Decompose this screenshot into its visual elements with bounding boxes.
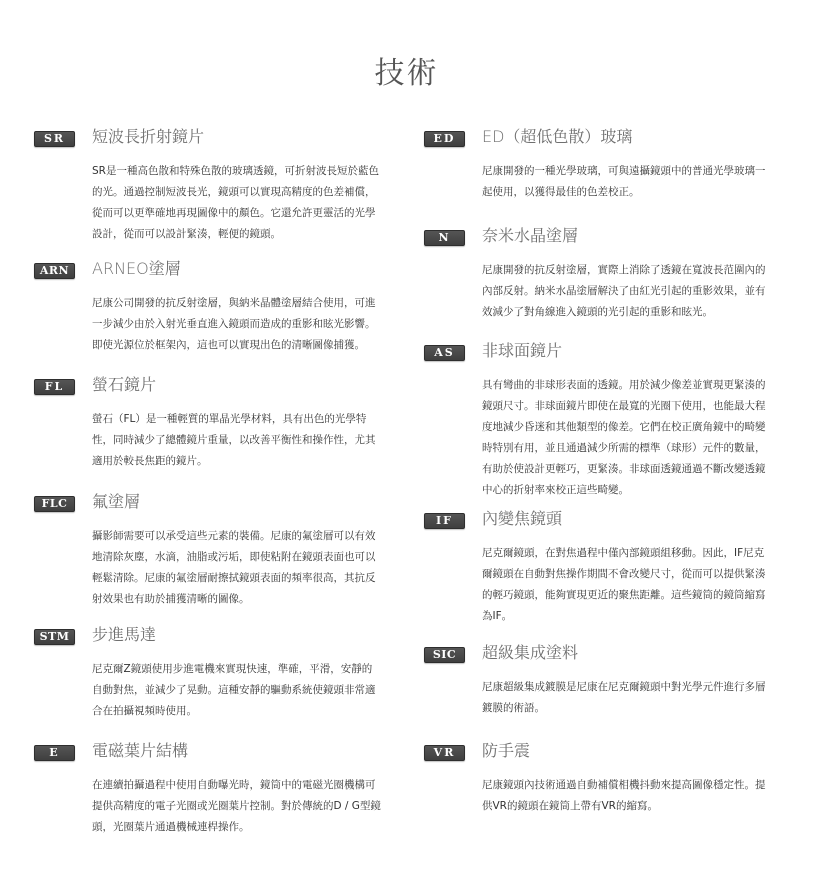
item-title: 步進馬達 [92,624,156,646]
item-description: 具有彎曲的非球形表面的透鏡。用於減少像差並實現更緊湊的鏡頭尺寸。非球面鏡片即使在… [482,375,772,501]
item-description: 尼康開發的抗反射塗層，實際上消除了透鏡在寬波長范圍內的內部反射。納米水晶塗層解決… [482,260,772,323]
item-description: 尼克爾鏡頭，在對焦過程中僅內部鏡頭組移動。因此，IF尼克爾鏡頭在自動對焦操作期間… [482,543,772,627]
badge-sr: SR [34,131,75,147]
badge-if: IF [424,513,465,529]
item-title: ED（超低色散）玻璃 [482,126,632,148]
badge-as: AS [424,345,465,361]
tech-item-if: IF 內變焦鏡頭 尼克爾鏡頭，在對焦過程中僅內部鏡頭組移動。因此，IF尼克爾鏡頭… [424,510,784,627]
item-description: SR是一種高色散和特殊色散的玻璃透鏡，可折射波長短於藍色的光。通過控制短波長光，… [92,161,382,245]
tech-item-vr: VR 防手震 尼康鏡頭內技術通過自動補償相機抖動來提高圖像穩定性。提供VR的鏡頭… [424,742,784,817]
tech-item-sr: SR 短波長折射鏡片 SR是一種高色散和特殊色散的玻璃透鏡，可折射波長短於藍色的… [34,128,394,245]
tech-item-e: E 電磁葉片結構 在連續拍攝過程中使用自動曝光時，鏡筒中的電磁光圈機構可提供高精… [34,742,394,838]
tech-item-arn: ARN ARNEO塗層 尼康公司開發的抗反射塗層，與納米晶體塗層結合使用，可進一… [34,260,394,356]
item-title: 短波長折射鏡片 [92,126,204,148]
tech-item-n: N 奈米水晶塗層 尼康開發的抗反射塗層，實際上消除了透鏡在寬波長范圍內的內部反射… [424,227,784,323]
tech-item-flc: FLC 氟塗層 攝影師需要可以承受這些元素的裝備。尼康的氟塗層可以有效地清除灰塵… [34,493,394,610]
item-description: 尼康公司開發的抗反射塗層，與納米晶體塗層結合使用，可進一步減少由於入射光垂直進入… [92,293,382,356]
item-description: 尼康鏡頭內技術通過自動補償相機抖動來提高圖像穩定性。提供VR的鏡頭在鏡筒上帶有V… [482,775,772,817]
page-title: 技術 [0,48,813,92]
item-title: 奈米水晶塗層 [482,225,578,247]
item-description: 尼康超級集成鍍膜是尼康在尼克爾鏡頭中對光學元件進行多層鍍膜的術語。 [482,677,772,719]
badge-e: E [34,745,75,761]
item-title: 電磁葉片結構 [92,740,188,762]
item-title: 非球面鏡片 [482,340,562,362]
item-title: 防手震 [482,740,530,762]
item-title: 氟塗層 [92,491,140,513]
badge-sic: SIC [424,647,465,663]
badge-fl: FL [34,379,75,395]
item-title: 螢石鏡片 [92,374,156,396]
item-title: ARNEO塗層 [92,258,181,280]
item-description: 攝影師需要可以承受這些元素的裝備。尼康的氟塗層可以有效地清除灰塵，水滴，油脂或污… [92,526,382,610]
badge-vr: VR [424,745,465,761]
badge-ed: ED [424,131,465,147]
item-description: 螢石（FL）是一種輕質的單晶光學材料，具有出色的光學特性，同時減少了總體鏡片重量… [92,409,382,472]
item-title: 超級集成塗料 [482,642,578,664]
tech-item-sic: SIC 超級集成塗料 尼康超級集成鍍膜是尼康在尼克爾鏡頭中對光學元件進行多層鍍膜… [424,644,784,719]
item-description: 尼克爾Z鏡頭使用步進電機來實現快速，準確，平滑，安靜的自動對焦，並減少了晃動。這… [92,659,382,722]
tech-item-fl: FL 螢石鏡片 螢石（FL）是一種輕質的單晶光學材料，具有出色的光學特性，同時減… [34,376,394,472]
badge-n: N [424,230,465,246]
tech-item-stm: STM 步進馬達 尼克爾Z鏡頭使用步進電機來實現快速，準確，平滑，安靜的自動對焦… [34,626,394,722]
badge-flc: FLC [34,496,75,512]
item-description: 尼康開發的一種光學玻璃，可與遠攝鏡頭中的普通光學玻璃一起使用，以獲得最佳的色差校… [482,161,772,203]
item-title: 內變焦鏡頭 [482,508,562,530]
tech-item-ed: ED ED（超低色散）玻璃 尼康開發的一種光學玻璃，可與遠攝鏡頭中的普通光學玻璃… [424,128,784,203]
tech-item-as: AS 非球面鏡片 具有彎曲的非球形表面的透鏡。用於減少像差並實現更緊湊的鏡頭尺寸… [424,342,784,501]
item-description: 在連續拍攝過程中使用自動曝光時，鏡筒中的電磁光圈機構可提供高精度的電子光圈或光圈… [92,775,382,838]
badge-arn: ARN [34,263,75,279]
badge-stm: STM [34,629,75,645]
